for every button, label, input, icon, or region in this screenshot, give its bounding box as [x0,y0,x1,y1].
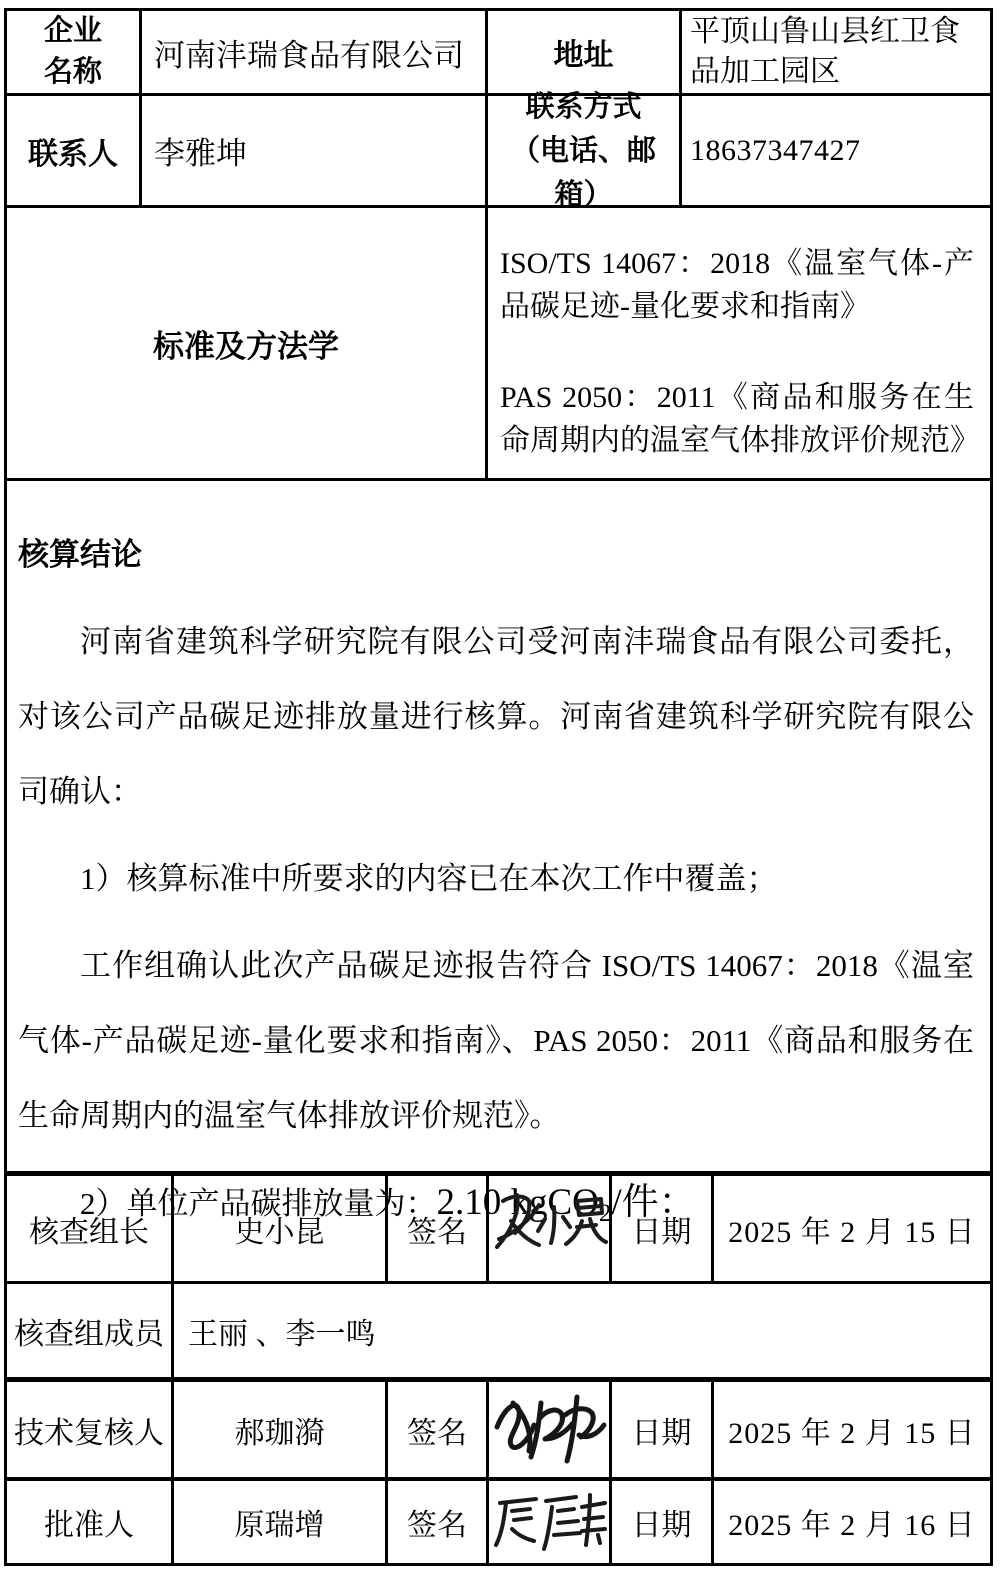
contact-person-value: 李雅坤 [142,96,485,205]
standards-content: ISO/TS 14067：2018《温室气体-产品碳足迹-量化要求和指南》 PA… [488,208,990,478]
contact-method-label: 联系方式（电话、邮箱） [488,96,679,205]
conclusion-paragraph-3: 工作组确认此次产品碳足迹报告符合 ISO/TS 14067：2018《温室气体-… [18,928,974,1153]
reviewer-signature-image [489,1383,609,1475]
reviewer-date-label: 日期 [612,1382,711,1477]
conclusion-heading: 核算结论 [18,517,974,592]
members-names: 王丽 、李一鸣 [174,1284,990,1377]
approver-role-label: 批准人 [7,1481,171,1563]
document-page: 企业 名称 河南沣瑞食品有限公司 地址 平顶山鲁山县红卫食品加工园区 联系人 李… [0,0,1000,1575]
leader-date-label: 日期 [612,1176,711,1281]
leader-sign-label: 签名 [388,1176,486,1281]
reviewer-name: 郝珈漪 [174,1382,385,1477]
conclusion-section: 核算结论 河南省建筑科学研究院有限公司受河南沣瑞食品有限公司委托，对该公司产品碳… [7,481,990,1171]
standard-item-pas: PAS 2050：2011《商品和服务在生命周期内的温室气体排放评价规范》 [500,376,974,462]
approver-sign-label: 签名 [388,1481,486,1563]
members-role-label: 核查组成员 [7,1284,171,1377]
table-border-bottom [4,1563,993,1566]
approver-name: 原瑞增 [174,1481,385,1563]
contact-method-value: 18637347427 [682,96,990,205]
standards-label: 标准及方法学 [7,208,485,478]
approver-date-label: 日期 [612,1481,711,1563]
approver-signature-image [490,1485,608,1559]
reviewer-sign-label: 签名 [388,1382,486,1477]
reviewer-date-value: 2025 年 2 月 15 日 [714,1382,990,1477]
table-border-right [990,8,993,1566]
leader-signature-image [489,1181,609,1276]
reviewer-role-label: 技术复核人 [7,1382,171,1477]
conclusion-paragraph-2: 1）核算标准中所要求的内容已在本次工作中覆盖； [18,841,974,916]
leader-role-label: 核查组长 [7,1176,171,1281]
address-value: 平顶山鲁山县红卫食品加工园区 [682,11,990,93]
standard-item-iso: ISO/TS 14067：2018《温室气体-产品碳足迹-量化要求和指南》 [500,242,974,328]
leader-name: 史小昆 [174,1176,385,1281]
conclusion-paragraph-1: 河南省建筑科学研究院有限公司受河南沣瑞食品有限公司委托，对该公司产品碳足迹排放量… [18,604,974,829]
company-name-value: 河南沣瑞食品有限公司 [142,11,485,93]
company-name-label: 企业 名称 [7,11,139,93]
contact-person-label: 联系人 [7,96,139,205]
leader-date-value: 2025 年 2 月 15 日 [714,1176,990,1281]
approver-date-value: 2025 年 2 月 16 日 [714,1481,990,1563]
address-label: 地址 [488,11,679,93]
